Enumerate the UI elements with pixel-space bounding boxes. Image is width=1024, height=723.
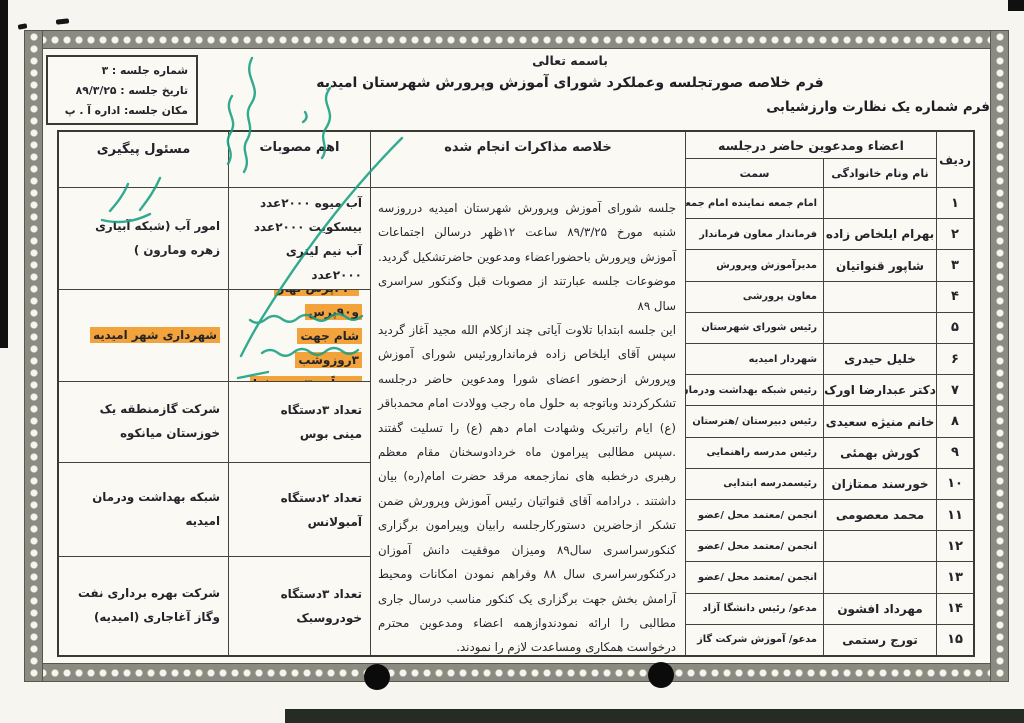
punch-hole-right: [648, 662, 674, 688]
member-position: شهردار امیدیه: [686, 344, 823, 375]
session-place: مکان جلسه: اداره آ . پ: [56, 101, 188, 121]
header-summary: خلاصه مذاکرات انجام شده: [370, 132, 685, 188]
follow-up-cell: امور آب (شبکه آبیاری زهره ومارون ): [59, 188, 228, 290]
member-name: خانم منیژه سعیدی: [824, 406, 936, 437]
member-position: انجمن /معتمد محل /عضو: [686, 562, 823, 593]
member-position: انجمن /معتمد محل /عضو: [686, 531, 823, 562]
row-number: ۳: [937, 250, 973, 281]
member-name: کورش بهمئی: [824, 438, 936, 469]
scan-mark: [56, 18, 69, 24]
resolution-text: تعداد ۳دستگاه خودروسبک: [229, 582, 370, 630]
member-name: خلیل حیدری: [824, 344, 936, 375]
column-follow-up: امور آب (شبکه آبیاری زهره ومارون ) شهردا…: [59, 188, 228, 655]
member-position: انجمن /معتمد محل /عضو: [686, 500, 823, 531]
member-position: فرماندار معاون فرماندار: [686, 219, 823, 250]
resolution-text: تعداد ۲دستگاه آمبولانس: [229, 486, 370, 534]
row-number: ۱: [937, 188, 973, 219]
member-name: [824, 188, 936, 219]
resolution-text: آب میوه ۲۰۰۰عدد بیسکویت ۲۰۰۰عدد آب نیم ل…: [229, 191, 370, 287]
member-position: مدعو/ آموزش شرکت گاز: [686, 625, 823, 655]
follow-up-text: شرکت گازمنطقه یک خوزستان میانکوه: [59, 398, 228, 445]
resolution-cell: تعداد ۳دستگاه خودروسبک: [229, 557, 370, 655]
scan-edge-top-right: [1008, 0, 1024, 11]
member-name: شاپور قنواتیان: [824, 250, 936, 281]
member-name: [824, 282, 936, 313]
member-position: رئیس شبکه بهداشت ودرمان: [686, 375, 823, 406]
row-number: ۲: [937, 219, 973, 250]
resolution-cell: تعداد ۲دستگاه آمبولانس: [229, 463, 370, 557]
member-name: محمد معصومی: [824, 500, 936, 531]
follow-up-cell-highlighted: شهرداری شهر امیدیه: [59, 290, 228, 382]
member-position: مدیرآموزش وپرورش: [686, 250, 823, 281]
form-title: فرم خلاصه صورتجلسه وعملکرد شورای آموزش و…: [280, 75, 860, 91]
ornamental-border-right: [990, 30, 1009, 682]
member-name: [824, 531, 936, 562]
ornamental-border-bottom: [24, 663, 1009, 682]
resolution-cell: تعداد ۳دستگاه مینی بوس: [229, 382, 370, 463]
follow-up-text: امور آب (شبکه آبیاری زهره ومارون ): [59, 215, 228, 262]
member-name: تورج رستمی: [824, 625, 936, 655]
follow-up-text-highlighted: شهرداری شهر امیدیه: [90, 327, 220, 343]
follow-up-cell: شرکت بهره برداری نفت وگاز آغاجاری (امیدی…: [59, 557, 228, 655]
row-number: ۱۳: [937, 562, 973, 593]
column-resolutions: آب میوه ۲۰۰۰عدد بیسکویت ۲۰۰۰عدد آب نیم ل…: [228, 188, 370, 655]
resolution-text-highlighted: ۲۱۰پرس نهار و۹۰پرس شام جهت ۳روزوشب جمعاً…: [250, 290, 362, 382]
member-name: بهرام ایلخاص زاده: [824, 219, 936, 250]
header-follow-up: مسئول پیگیری: [59, 132, 228, 188]
resolution-text: تعداد ۳دستگاه مینی بوس: [229, 398, 370, 446]
row-number: ۴: [937, 282, 973, 313]
member-position: معاون پرورشی: [686, 282, 823, 313]
session-number: شماره جلسه : ۳: [56, 61, 188, 81]
column-member-positions: امام جمعه نماینده امام جمعه فرماندار معا…: [685, 188, 823, 655]
header-row-number: ردیف: [936, 132, 973, 188]
form-number-label: فرم شماره یک نظارت وارزشیابی: [742, 99, 990, 115]
row-number: ۸: [937, 406, 973, 437]
header-name: نام ونام خانوادگی: [823, 159, 936, 188]
member-position: امام جمعه نماینده امام جمعه: [686, 188, 823, 219]
discussion-summary-cell: جلسه شورای آموزش وپرورش شهرستان امیدیه د…: [371, 188, 685, 655]
punch-hole-left: [364, 664, 390, 690]
column-row-numbers: ۱ ۲ ۳ ۴ ۵ ۶ ۷ ۸ ۹ ۱۰ ۱۱ ۱۲ ۱۳ ۱۴ ۱۵: [936, 188, 973, 655]
resolution-cell: آب میوه ۲۰۰۰عدد بیسکویت ۲۰۰۰عدد آب نیم ل…: [229, 188, 370, 290]
member-position: رئیسمدرسه ابتدایی: [686, 469, 823, 500]
bismillah-text: باسمه تعالی: [480, 53, 660, 68]
member-name: [824, 562, 936, 593]
member-position: رئیس مدرسه راهنمایی: [686, 438, 823, 469]
row-number: ۱۴: [937, 594, 973, 625]
resolution-cell-highlighted: ۲۱۰پرس نهار و۹۰پرس شام جهت ۳روزوشب جمعاً…: [229, 290, 370, 382]
row-number: ۷: [937, 375, 973, 406]
row-number: ۶: [937, 344, 973, 375]
session-meta-box: شماره جلسه : ۳ تاریخ جلسه : ۸۹/۳/۲۵ مکان…: [46, 55, 198, 125]
follow-up-cell: شرکت گازمنطقه یک خوزستان میانکوه: [59, 382, 228, 463]
follow-up-text: شرکت بهره برداری نفت وگاز آغاجاری (امیدی…: [59, 582, 228, 629]
member-position: مدعو/ رئیس دانشگا آزاد: [686, 594, 823, 625]
row-number: ۱۲: [937, 531, 973, 562]
row-number: ۱۱: [937, 500, 973, 531]
scan-edge-bottom: [285, 709, 1024, 723]
follow-up-cell: شبکه بهداشت ودرمان امیدیه: [59, 463, 228, 557]
member-name: خورسند ممتازان: [824, 469, 936, 500]
row-number: ۵: [937, 313, 973, 344]
member-name: [824, 313, 936, 344]
follow-up-text: شبکه بهداشت ودرمان امیدیه: [59, 486, 228, 533]
member-position: رئیس دبیرستان /هنرستان: [686, 406, 823, 437]
scan-edge-left: [0, 0, 8, 348]
minutes-table: ردیف اعضاء ومدعوین حاضر درجلسه نام ونام …: [57, 130, 975, 657]
column-discussion-summary: جلسه شورای آموزش وپرورش شهرستان امیدیه د…: [370, 188, 685, 655]
scanned-form-page: باسمه تعالی فرم خلاصه صورتجلسه وعملکرد ش…: [0, 0, 1024, 723]
summary-paragraph-2: این جلسه ابتدابا تلاوت آیاتی چند ازکلام …: [378, 318, 676, 655]
member-name: دکتر عبدارضا اورک: [824, 375, 936, 406]
ornamental-border-left: [24, 30, 43, 682]
header-members: اعضاء ومدعوین حاضر درجلسه: [685, 132, 936, 159]
row-number: ۱۰: [937, 469, 973, 500]
member-position: رئیس شورای شهرستان: [686, 313, 823, 344]
row-number: ۹: [937, 438, 973, 469]
ornamental-border-top: [24, 30, 1009, 49]
header-resolutions: اهم مصوبات: [228, 132, 370, 188]
session-date: تاریخ جلسه : ۸۹/۳/۲۵: [56, 81, 188, 101]
column-member-names: بهرام ایلخاص زاده شاپور قنواتیان خلیل حی…: [823, 188, 936, 655]
scan-mark: [18, 23, 28, 29]
member-name: مهرداد افشون: [824, 594, 936, 625]
summary-paragraph-1: جلسه شورای آموزش وپرورش شهرستان امیدیه د…: [378, 196, 676, 318]
row-number: ۱۵: [937, 625, 973, 655]
header-position: سمت: [685, 159, 823, 188]
